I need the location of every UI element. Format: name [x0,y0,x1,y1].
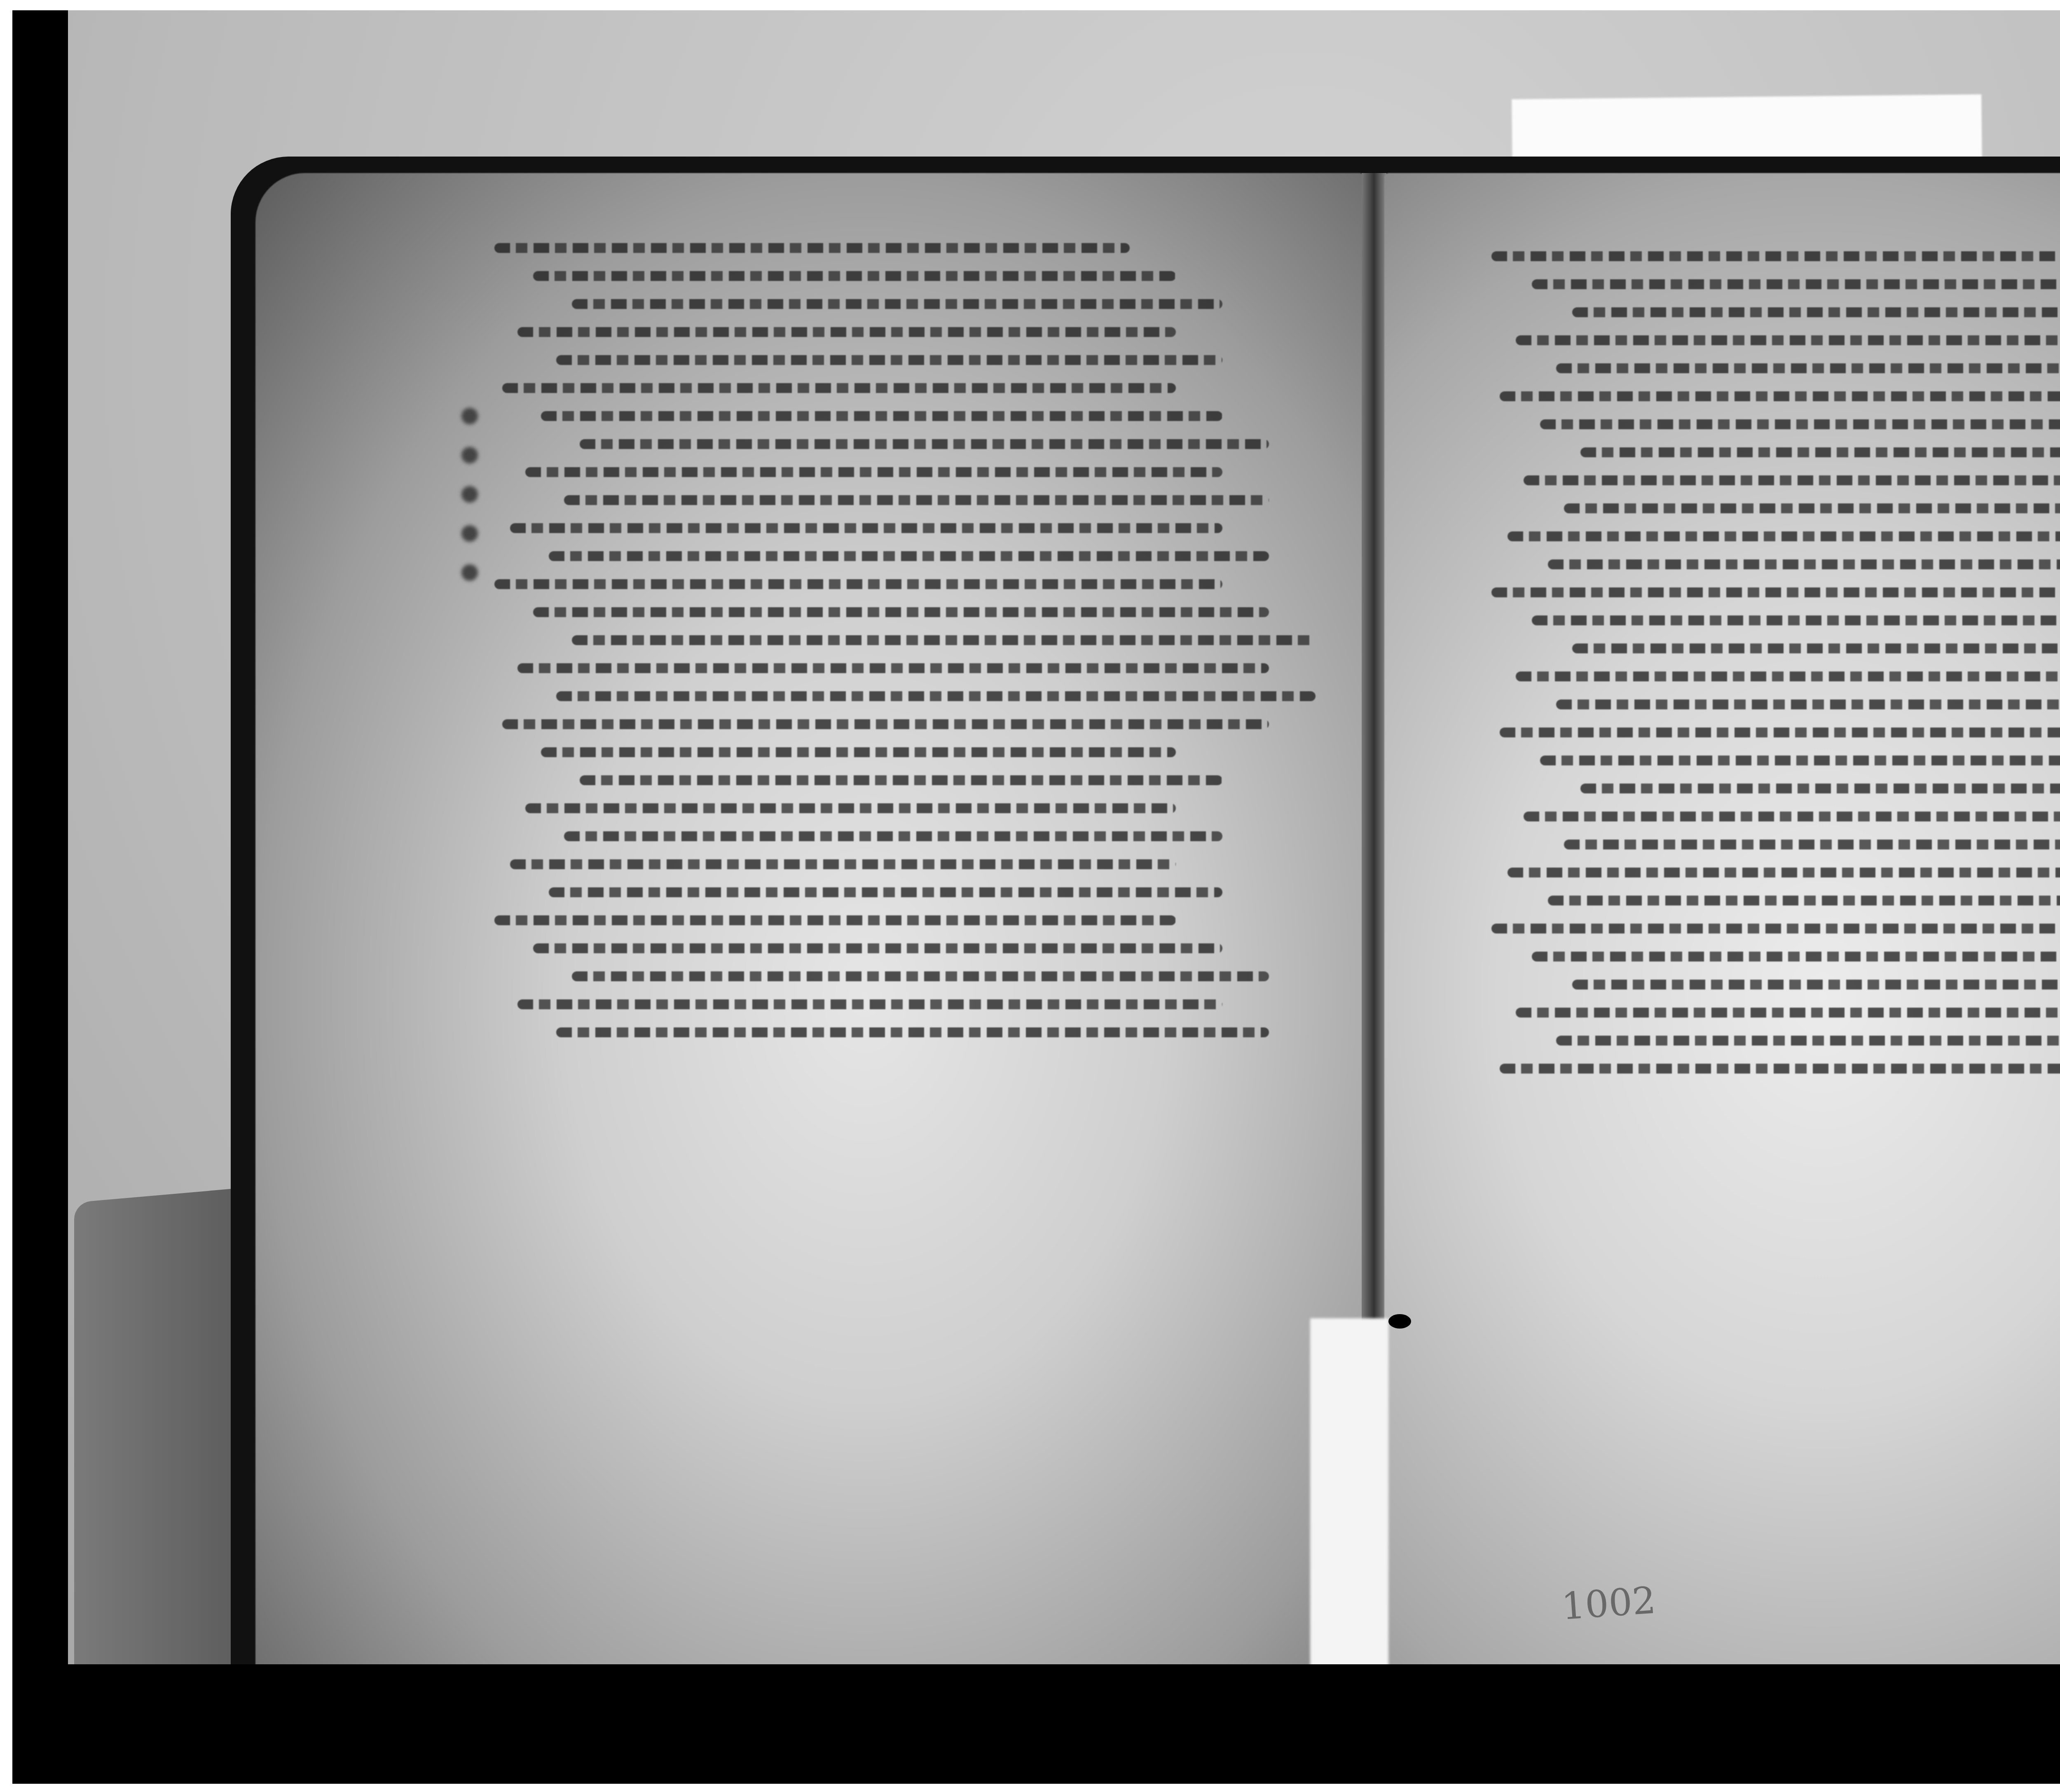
script-line [1524,812,2060,821]
marginal-star-icon [461,564,478,581]
script-line [1540,756,2060,765]
script-line [1500,1064,2060,1074]
right-page [1384,173,2060,1668]
script-line [564,831,1222,841]
left-page [255,173,1364,1668]
script-line [494,579,1222,589]
script-line [533,271,1176,281]
script-line [510,859,1176,869]
marginal-star-icon [461,525,478,542]
script-line [564,495,1269,505]
script-line [533,943,1222,953]
script-line [1500,391,2060,401]
script-line [525,803,1176,813]
script-line [572,635,1316,645]
script-line [1548,896,2060,905]
script-line [1556,699,2060,709]
script-line [580,439,1269,449]
script-line [556,691,1315,701]
script-line [1548,559,2060,569]
script-line [1572,643,2060,653]
script-line [549,887,1223,897]
script-line [494,243,1130,253]
folio-number: 1002 [1560,1579,1657,1628]
script-line [1580,447,2060,457]
script-line [1556,363,2060,373]
adjacent-book-left [74,1187,255,1697]
marginal-star-icon [461,447,478,463]
script-line [572,971,1269,981]
script-line [541,747,1176,757]
script-line [1491,587,2060,597]
script-line [1556,1036,2060,1046]
script-line [1532,615,2060,625]
script-line [1516,671,2060,681]
script-line [549,551,1269,561]
script-line [1508,531,2060,541]
script-line [1500,728,2060,737]
script-line [1524,475,2060,485]
script-line [541,411,1222,421]
script-line [572,299,1222,309]
photo-border-bottom [12,1664,2060,1784]
marginal-star-icon [461,486,478,503]
script-line [1540,419,2060,429]
script-line [1580,784,2060,793]
script-line [517,663,1269,673]
marginal-star-icon [461,408,478,424]
script-line [517,327,1176,337]
right-text-block [1491,251,2060,1092]
script-line [525,467,1222,477]
script-line [1508,868,2060,877]
script-line [1572,307,2060,317]
paper-slip [1310,1318,1388,1668]
left-text-block [494,243,1269,1055]
script-line [1564,840,2060,849]
marginal-marks [461,408,478,581]
script-line [1516,335,2060,345]
script-line [1572,980,2060,990]
script-line [1491,251,2060,261]
script-line [533,607,1269,617]
script-line [502,719,1269,729]
script-line [1491,924,2060,933]
script-line [517,999,1222,1009]
script-line [1532,279,2060,289]
script-line [556,1027,1269,1037]
manuscript-codex [231,157,2060,1681]
script-line [580,775,1222,785]
script-line [494,915,1176,925]
script-line [556,355,1222,365]
ink-blot [1388,1314,1411,1329]
script-line [1532,952,2060,962]
script-line [1564,503,2060,513]
script-line [502,383,1176,393]
script-line [510,523,1223,533]
script-line [1516,1008,2060,1018]
